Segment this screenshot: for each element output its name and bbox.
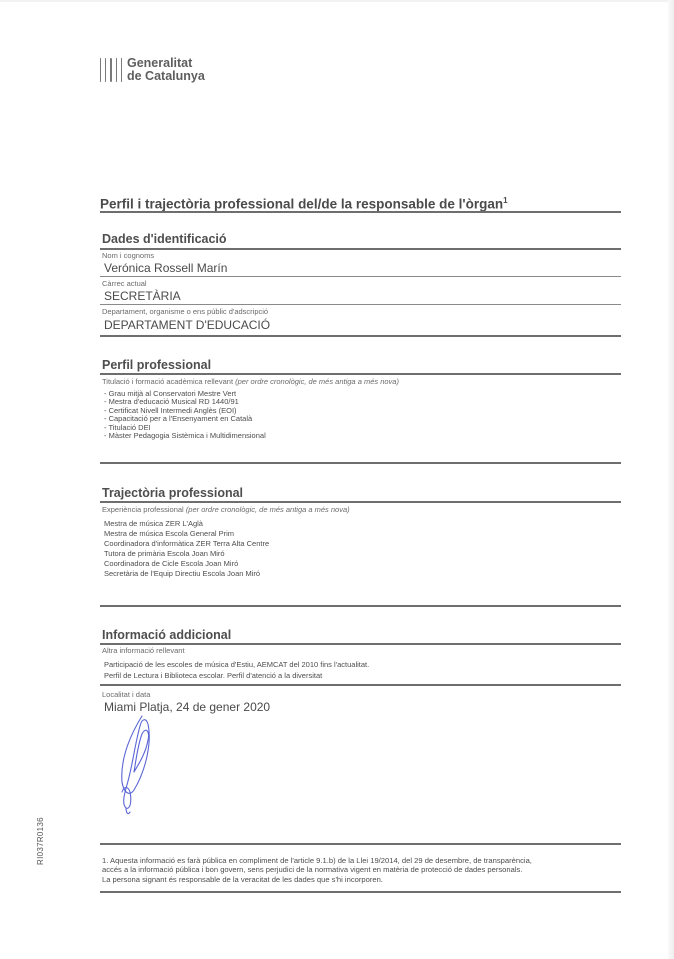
experience-item: Tutora de primària Escola Joan Miró xyxy=(104,549,269,559)
additional-label: Altra informació rellevant xyxy=(102,646,185,655)
section-title-additional: Informació addicional xyxy=(102,628,231,642)
footnote-line-2: accés a la informació pública i bon gove… xyxy=(102,865,622,874)
footnote-line-1: 1. Aquesta informació es farà pública en… xyxy=(102,856,622,865)
section-rule xyxy=(100,462,621,464)
career-label-text: Experiència professional xyxy=(102,505,184,514)
experience-list: Mestra de música ZER L'AglàMestra de mús… xyxy=(104,519,269,579)
title-rule xyxy=(100,211,621,213)
logo-line-2: de Catalunya xyxy=(127,70,205,83)
footnote-top-rule xyxy=(100,843,621,845)
footnote-line-3: La persona signant és responsable de la … xyxy=(102,875,622,884)
footnote-ref: 1 xyxy=(503,196,507,205)
section-title-identification: Dades d'identificació xyxy=(102,232,227,246)
career-label-note: (per ordre cronològic, de més antiga a m… xyxy=(186,505,350,514)
field-label-department: Departament, organisme o ens públic d'ad… xyxy=(102,307,268,316)
page-top-edge xyxy=(0,0,674,2)
section-rule xyxy=(100,684,621,686)
experience-item: Coordinadora d'informàtica ZER Terra Alt… xyxy=(104,539,269,549)
document-code: RI037R0136 xyxy=(36,817,45,865)
experience-item: Mestra de música Escola General Prim xyxy=(104,529,269,539)
logo-line-1: Generalitat xyxy=(127,57,205,70)
profile-label: Titulació i formació acadèmica rellevant… xyxy=(102,377,399,386)
experience-item: Coordinadora de Cicle Escola Joan Miró xyxy=(104,559,269,569)
logo-text: Generalitat de Catalunya xyxy=(127,57,205,82)
section-rule xyxy=(100,501,621,503)
section-rule xyxy=(100,335,621,337)
field-rule xyxy=(100,304,621,305)
profile-label-note: (per ordre cronològic, de més antiga a m… xyxy=(235,377,399,386)
education-item: - Màster Pedagogia Sistèmica i Multidime… xyxy=(104,432,266,440)
section-rule xyxy=(100,605,621,607)
generalitat-logo: Generalitat de Catalunya xyxy=(100,57,205,82)
experience-item: Mestra de música ZER L'Aglà xyxy=(104,519,269,529)
page-right-edge xyxy=(668,0,674,959)
section-rule xyxy=(100,643,621,645)
field-rule xyxy=(100,276,621,277)
additional-info-item: Perfil de Lectura i Biblioteca escolar. … xyxy=(104,671,369,682)
place-date-label: Localitat i data xyxy=(102,690,150,699)
additional-info-item: Participació de les escoles de música d'… xyxy=(104,660,369,671)
section-rule xyxy=(100,248,621,250)
additional-info-list: Participació de les escoles de música d'… xyxy=(104,660,369,681)
footnote-bottom-rule xyxy=(100,891,621,893)
section-rule xyxy=(100,373,621,375)
field-label-name: Nom i cognoms xyxy=(102,251,154,260)
career-label: Experiència professional (per ordre cron… xyxy=(102,505,350,514)
experience-item: Secretària de l'Equip Directiu Escola Jo… xyxy=(104,569,269,579)
document-title: Perfil i trajectòria professional del/de… xyxy=(100,196,621,212)
handwritten-signature-icon xyxy=(112,712,192,822)
generalitat-emblem-icon xyxy=(100,58,122,82)
section-title-profile: Perfil professional xyxy=(102,358,211,372)
footnote: 1. Aquesta informació es farà pública en… xyxy=(102,856,622,884)
profile-label-text: Titulació i formació acadèmica rellevant xyxy=(102,377,233,386)
education-list: - Grau mitjà al Conservatori Mestre Vert… xyxy=(104,390,266,440)
field-value-name: Verónica Rossell Marín xyxy=(104,261,227,275)
field-value-department: DEPARTAMENT D'EDUCACIÓ xyxy=(104,318,270,332)
field-label-position: Càrrec actual xyxy=(102,279,147,288)
field-value-position: SECRETÀRIA xyxy=(104,289,181,303)
document-title-text: Perfil i trajectòria professional del/de… xyxy=(100,197,503,212)
section-title-career: Trajectòria professional xyxy=(102,486,243,500)
